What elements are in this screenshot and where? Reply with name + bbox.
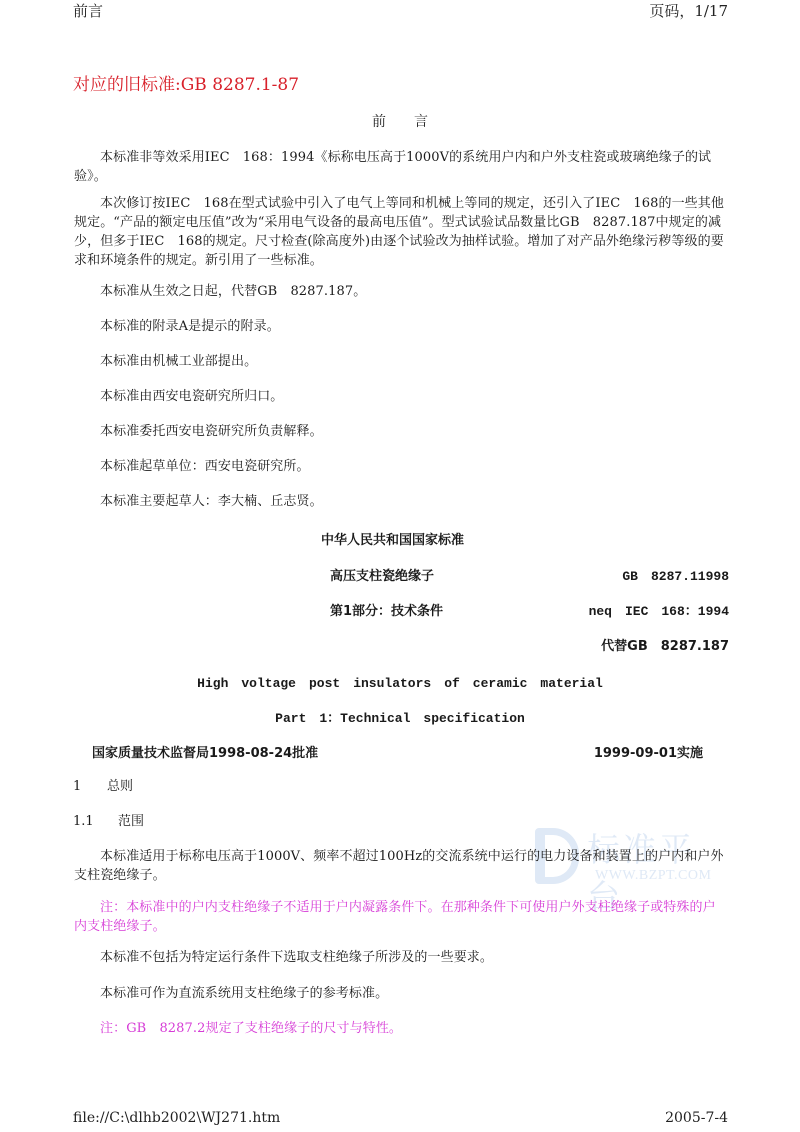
foreword-paragraph: 本次修订按IEC 168在型式试验中引入了电气上等同和机械上等同的规定，还引入了…	[74, 194, 728, 270]
section-number: 1	[73, 777, 81, 796]
file-path: file://C:\dlhb2002\WJ271.htm	[73, 1110, 280, 1126]
foreword-paragraph: 本标准由机械工业部提出。	[74, 352, 728, 371]
standard-code: GB 8287.11998	[622, 565, 729, 584]
foreword-paragraph: 本标准主要起草人：李大楠、丘志贤。	[74, 492, 728, 511]
subsection-number: 1.1	[73, 812, 94, 831]
standard-title-cn: 高压支柱瓷绝缘子	[330, 565, 434, 584]
foreword-paragraph: 本标准非等效采用IEC 168：1994《标称电压高于1000V的系统用户内和户…	[74, 148, 728, 186]
approval-date: 国家质量技术监督局1998-08-24批准	[92, 742, 318, 761]
standard-part-cn: 第1部分：技术条件	[330, 600, 443, 619]
foreword-paragraph: 本标准的附录A是提示的附录。	[74, 317, 728, 336]
equivalence-reference: neq IEC 168：1994	[589, 600, 729, 619]
foreword-paragraph: 本标准从生效之日起，代替GB 8287.187。	[74, 282, 728, 301]
scope-paragraph: 本标准可作为直流系统用支柱绝缘子的参考标准。	[74, 984, 728, 1003]
print-date: 2005-7-4	[665, 1110, 728, 1126]
scope-note: 注：GB 8287.2规定了支柱绝缘子的尺寸与特性。	[74, 1019, 728, 1038]
replaces-standard: 代替GB 8287.187	[601, 635, 729, 654]
standard-title-en: High voltage post insulators of ceramic …	[0, 672, 800, 691]
scope-paragraph: 本标准适用于标称电压高于1000V、频率不超过100Hz的交流系统中运行的电力设…	[74, 847, 728, 885]
old-standard-reference: 对应的旧标准:GB 8287.1-87	[73, 70, 299, 95]
scope-paragraph: 本标准不包括为特定运行条件下选取支柱绝缘子所涉及的一些要求。	[74, 948, 728, 967]
scope-note: 注：本标准中的户内支柱绝缘子不适用于户内凝露条件下。在那种条件下可使用户外支柱绝…	[74, 898, 728, 936]
section-title: 总则	[107, 777, 133, 796]
foreword-paragraph: 本标准起草单位：西安电瓷研究所。	[74, 457, 728, 476]
page-header-title: 前言	[73, 0, 103, 21]
foreword-title: 前 言	[372, 111, 428, 131]
effective-date: 1999-09-01实施	[594, 742, 703, 761]
page-number: 页码，1/17	[649, 0, 728, 21]
foreword-paragraph: 本标准由西安电瓷研究所归口。	[74, 387, 728, 406]
national-standard-label: 中华人民共和国国家标准	[321, 529, 464, 548]
standard-part-en: Part 1：Technical specification	[0, 707, 800, 726]
subsection-title: 范围	[118, 812, 144, 831]
foreword-paragraph: 本标准委托西安电瓷研究所负责解释。	[74, 422, 728, 441]
